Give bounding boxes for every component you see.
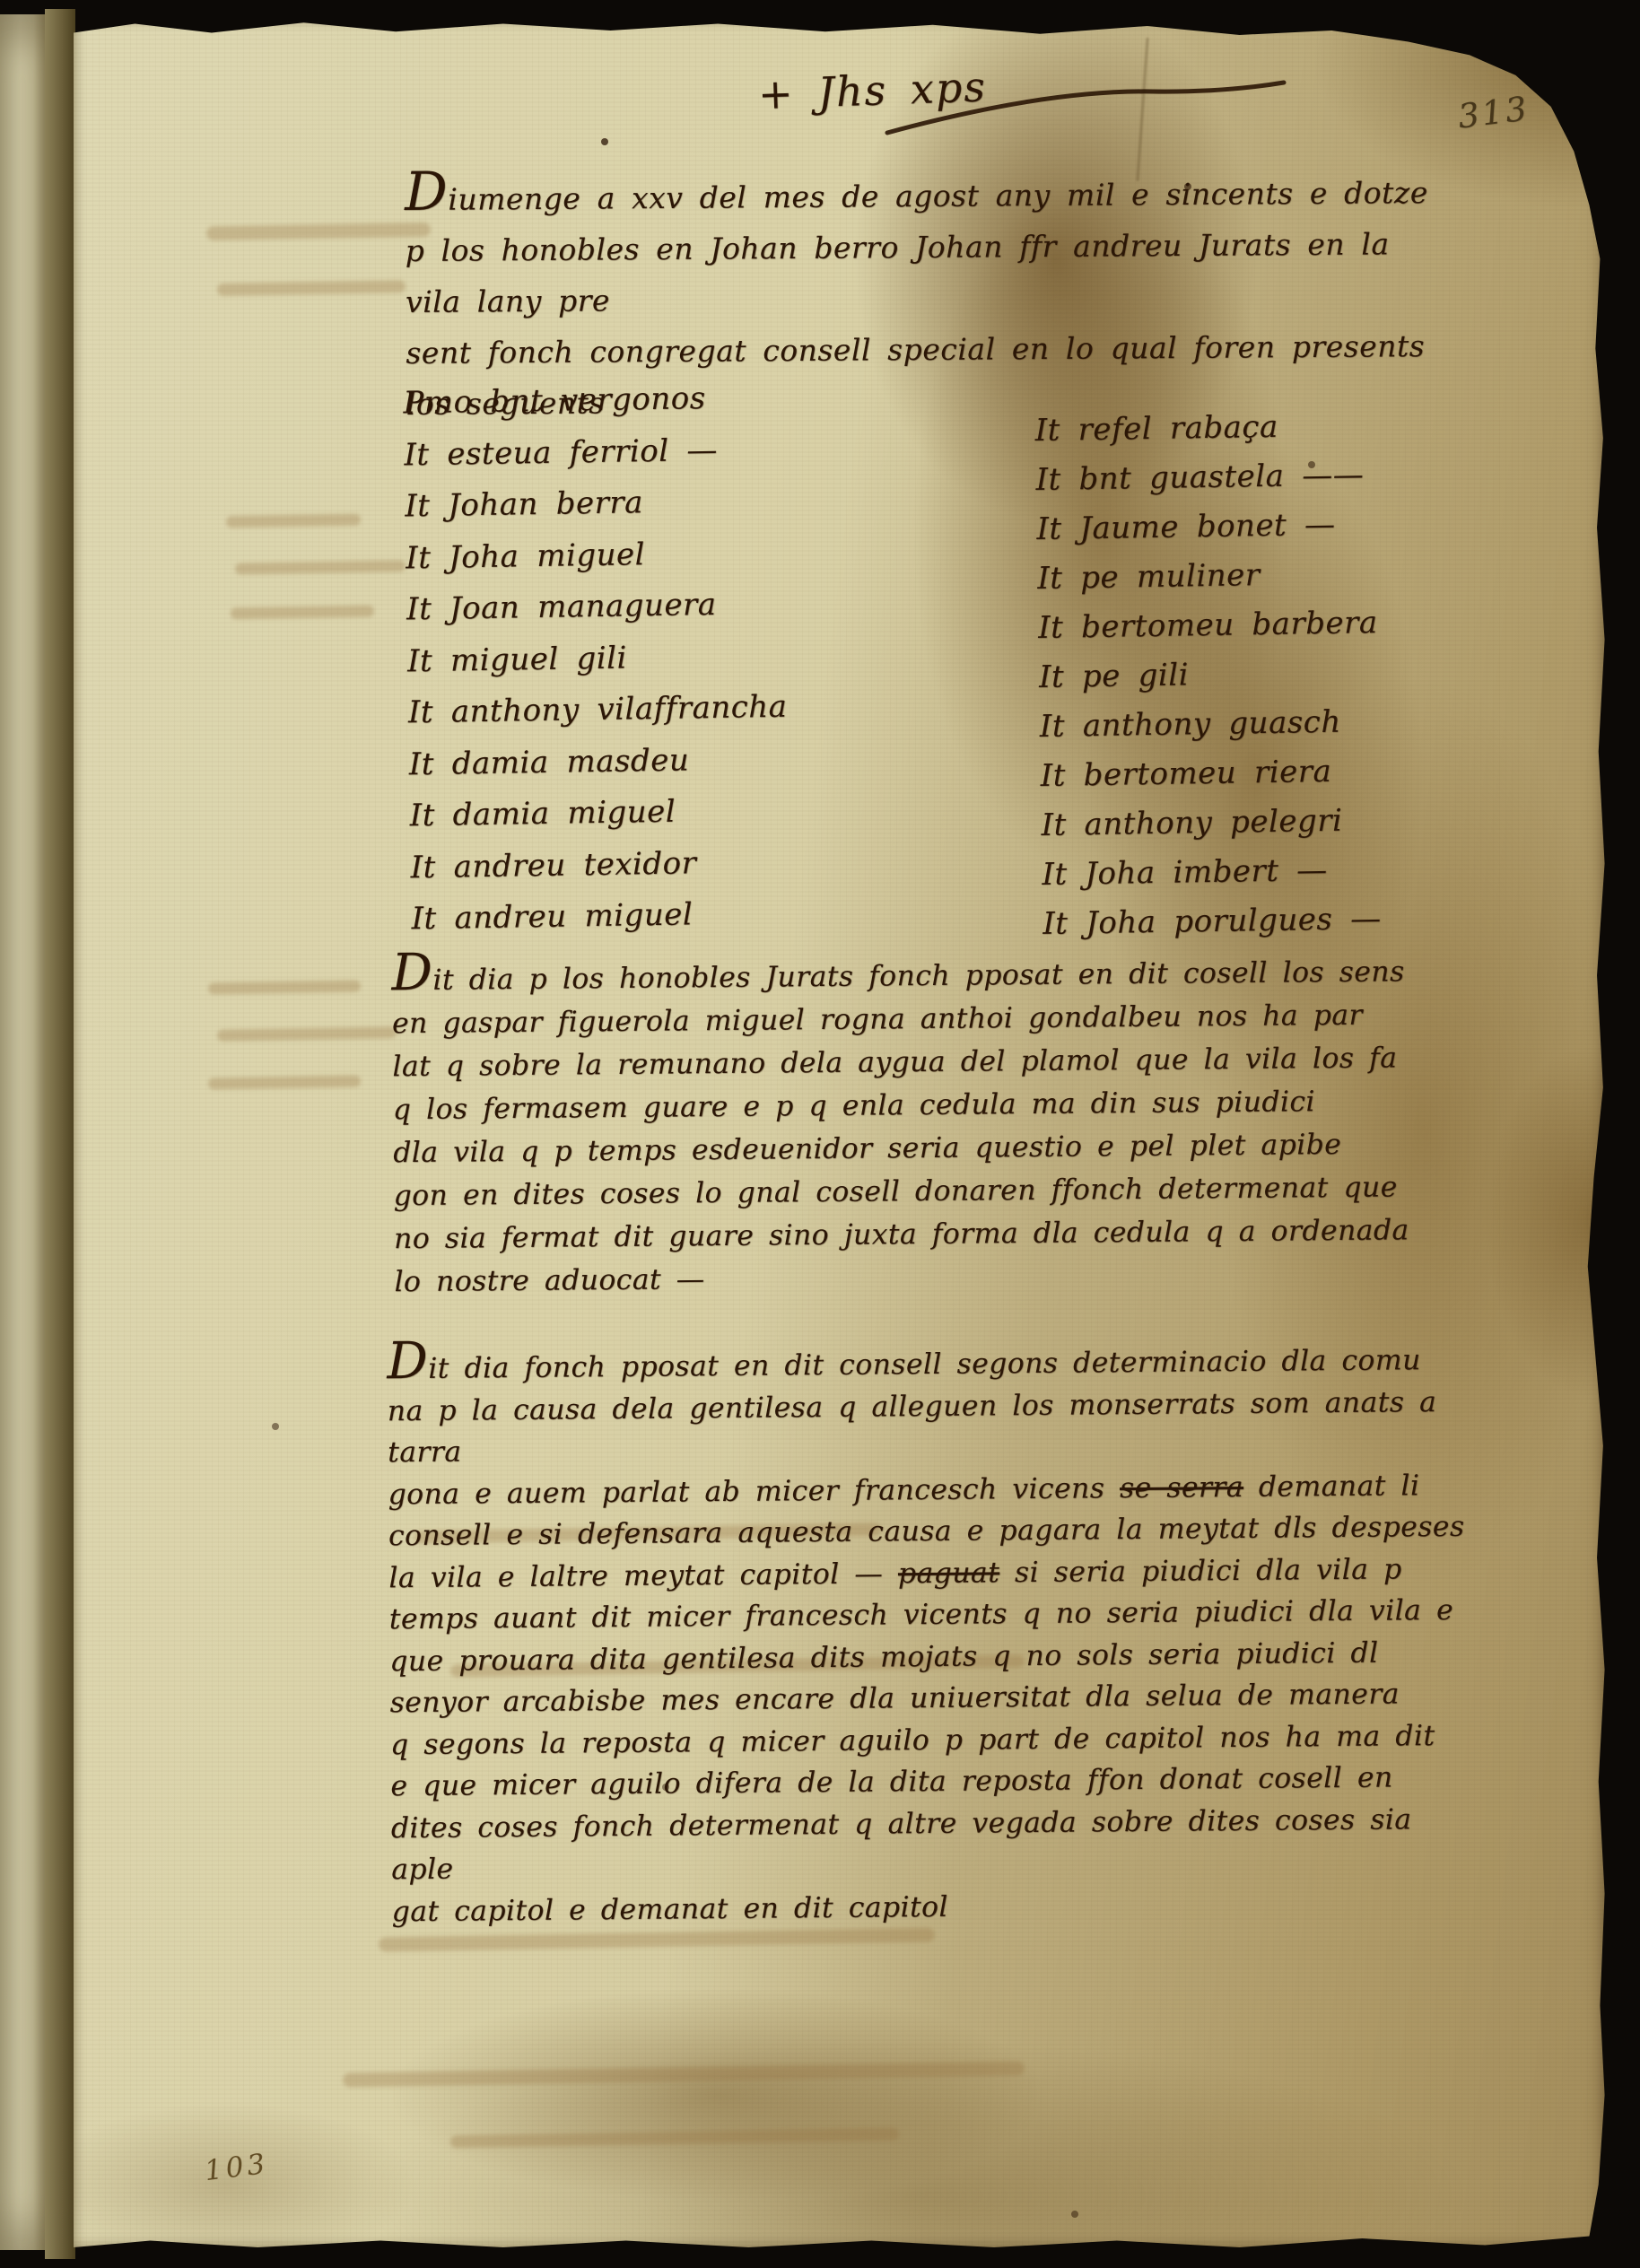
photograph-background: + Jhs xps 313 Diumenge a xxv del mes de … xyxy=(0,0,1640,2268)
manuscript-line: It refel rabaça xyxy=(1034,401,1374,456)
manuscript-line: It Jaume bonet — xyxy=(1036,500,1376,554)
struck-text: paguat xyxy=(898,1557,1000,1590)
attendees-right-column: It refel rabaçaIt bnt guastela ——It Jaum… xyxy=(1034,401,1383,949)
attendees-left-column: Pmo bnt vergonosIt esteua ferriol —It Jo… xyxy=(403,372,790,946)
showthrough-mark xyxy=(343,2061,1025,2087)
manuscript-line: It pe gili xyxy=(1039,648,1379,702)
line-text: la vila e laltre meytat capitol — xyxy=(388,1557,898,1594)
showthrough-mark xyxy=(217,1026,397,1041)
manuscript-line: gat capitol e demanat en dit capitol xyxy=(391,1881,1472,1932)
third-paragraph: Dit dia fonch pposat en dit consell sego… xyxy=(387,1339,1473,1932)
manuscript-line: It andreu miguel xyxy=(411,888,790,946)
manuscript-line: Diumenge a xxv del mes de agost any mil … xyxy=(405,167,1436,225)
manuscript-line: It Joan managuera xyxy=(406,579,786,636)
line-text: demanat li xyxy=(1243,1470,1420,1504)
manuscript-line: It esteua ferriol — xyxy=(404,423,783,481)
showthrough-mark xyxy=(235,560,406,574)
binding-gutter-shadow xyxy=(45,9,75,2259)
manuscript-line: It pe muliner xyxy=(1037,549,1377,604)
manuscript-line: It anthony vilaffrancha xyxy=(407,682,787,739)
manuscript-line: It miguel gili xyxy=(407,630,787,687)
manuscript-page: + Jhs xps 313 Diumenge a xxv del mes de … xyxy=(74,13,1608,2252)
folio-number: 313 xyxy=(1456,89,1531,135)
manuscript-line: It Joha porulgues — xyxy=(1042,894,1383,949)
showthrough-mark xyxy=(208,981,361,995)
manuscript-line: It Joha imbert — xyxy=(1042,845,1382,900)
manuscript-line: It anthony guasch xyxy=(1039,697,1379,752)
manuscript-line: dites coses fonch determenat q altre veg… xyxy=(391,1798,1473,1891)
manuscript-line: na p la causa dela gentilesa q alleguen … xyxy=(388,1381,1470,1474)
manuscript-line: It andreu texidor xyxy=(410,836,789,894)
manuscript-line: It bnt guastela —— xyxy=(1035,450,1375,505)
footer-number: 103 xyxy=(203,2148,270,2187)
manuscript-line: It Joha miguel xyxy=(406,527,785,584)
line-text: si seria piudici dla vila p xyxy=(999,1553,1402,1589)
showthrough-mark xyxy=(450,2128,899,2149)
previous-page-edge xyxy=(0,14,45,2250)
manuscript-line: Pmo bnt vergonos xyxy=(403,372,782,430)
manuscript-line: lo nostre aduocat — xyxy=(394,1252,1461,1304)
second-paragraph: Dit dia p los honobles Jurats fonch ppos… xyxy=(391,950,1461,1304)
showthrough-mark xyxy=(217,280,406,296)
showthrough-mark xyxy=(226,514,361,528)
showthrough-mark xyxy=(206,222,431,240)
manuscript-line: It damia miguel xyxy=(409,785,789,842)
line-text: gona e auem parlat ab micer francesch vi… xyxy=(388,1472,1120,1511)
manuscript-line: It anthony pelegri xyxy=(1041,796,1381,850)
showthrough-mark xyxy=(208,1076,361,1090)
manuscript-line: p los honobles en Johan berro Johan ffr … xyxy=(405,218,1437,327)
manuscript-line: It bertomeu riera xyxy=(1040,746,1380,801)
showthrough-mark xyxy=(231,606,374,620)
manuscript-line: It bertomeu barbera xyxy=(1038,598,1378,653)
struck-text: se serra xyxy=(1120,1470,1243,1504)
manuscript-line: It damia masdeu xyxy=(408,733,788,790)
manuscript-line: It Johan berra xyxy=(405,475,784,533)
